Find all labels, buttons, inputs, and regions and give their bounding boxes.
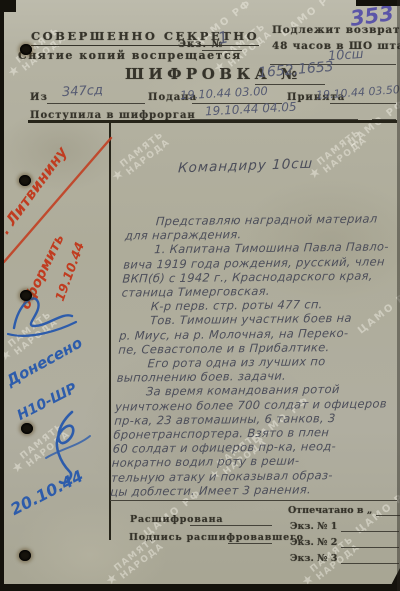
scan-edge-top-left	[0, 0, 16, 12]
received-line	[330, 103, 396, 104]
copy-row: Экз. № 2	[290, 537, 399, 548]
punch-hole	[20, 290, 32, 301]
received-value: 19.10.44 03.50	[316, 83, 400, 102]
punch-hole	[20, 44, 32, 55]
copy-line	[341, 531, 399, 532]
deciphered-line	[190, 525, 272, 526]
title-number-value: 1652,1653	[257, 59, 334, 82]
copy-number-line	[202, 50, 242, 51]
star-icon: ★	[9, 458, 27, 477]
from-label: Из	[30, 92, 48, 103]
brand-watermark: ★ПАМЯТЬНАРОДА	[304, 127, 369, 184]
decipherer-signature-line	[228, 543, 272, 544]
handwritten-line: цы доблести. Имеет 3 ранения.	[110, 481, 389, 499]
body-text: Представляю наградной материал для награ…	[110, 211, 400, 499]
copy-row: Экз. № 3	[290, 553, 399, 564]
copy-number-label: Экз. №	[178, 39, 223, 50]
printed-prefix: Отпечатано в „	[288, 505, 372, 516]
copy-row: Экз. № 1	[290, 521, 399, 532]
archive-watermark: ЦАМО РФ	[346, 98, 400, 150]
scan-edge-left	[0, 0, 4, 591]
copy-line	[341, 547, 399, 548]
scanned-document-page: ЦАМО РФ ЦАМО РФ ★ПАМЯТЬНАРОДА ★ПАМЯТЬНАР…	[0, 0, 400, 591]
copy-label: Экз. № 2	[290, 537, 337, 548]
printed-copies-row: Отпечатано в „“ экз.	[288, 505, 400, 516]
punch-hole	[19, 175, 31, 186]
punch-hole	[19, 550, 31, 561]
decipherer-signature-label: Подпись расшифровавшего	[129, 532, 304, 543]
punch-hole	[21, 423, 33, 434]
from-value: 347сд	[62, 83, 104, 100]
footer-divider	[110, 500, 397, 501]
header-divider	[28, 120, 397, 123]
star-icon: ★	[5, 62, 23, 81]
copy-label: Экз. № 1	[290, 521, 337, 532]
copy-label: Экз. № 3	[290, 553, 337, 564]
submitted-value: 19.10.44 03.00	[180, 84, 268, 103]
scan-edge-bottom	[0, 584, 400, 591]
deciphered-label: Расшифрована	[130, 514, 223, 525]
scan-edge-top-right	[356, 0, 400, 6]
from-line	[47, 103, 145, 104]
addressee: Командиру 10сш	[178, 156, 314, 177]
copy-line	[341, 563, 399, 564]
blue-signature-top	[4, 288, 80, 340]
